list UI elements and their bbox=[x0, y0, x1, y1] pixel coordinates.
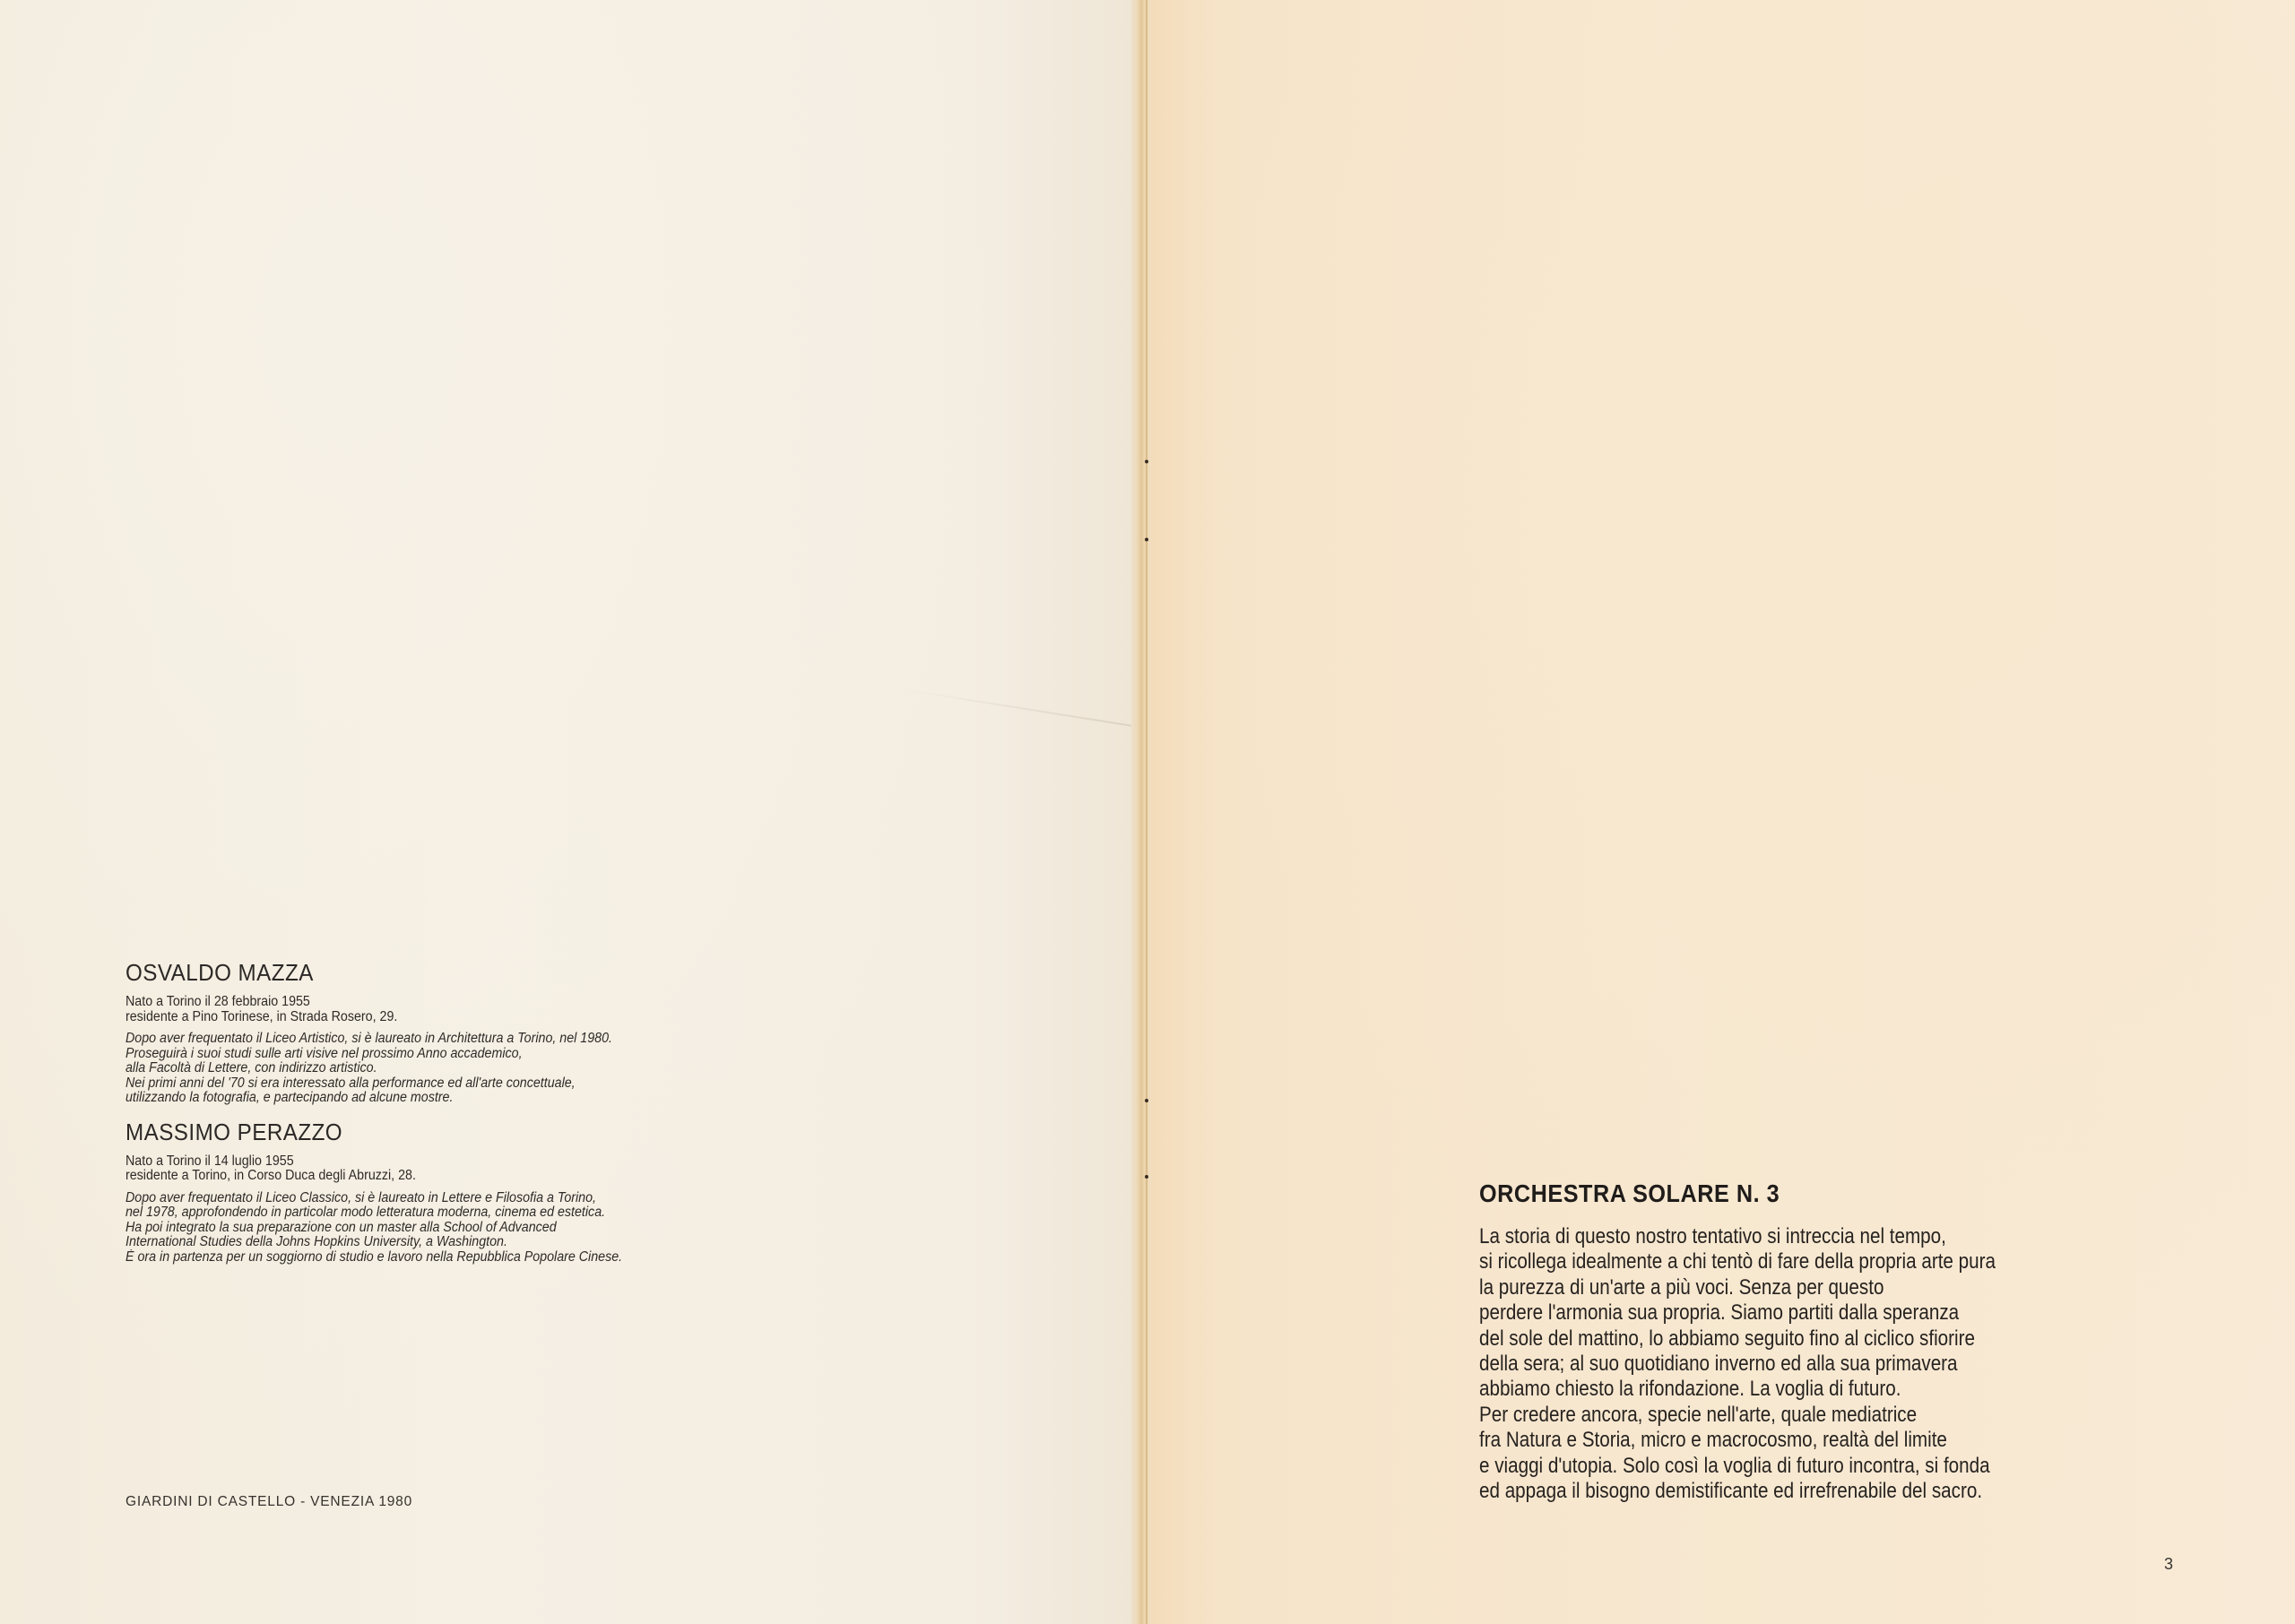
essay-line: abbiamo chiesto la rifondazione. La vogl… bbox=[1479, 1377, 2096, 1402]
left-page: OSVALDO MAZZA Nato a Torino il 28 febbra… bbox=[0, 0, 1137, 1624]
bio-text-line: utilizzando la fotografia, e partecipand… bbox=[126, 1091, 785, 1106]
bio-text-line: Nei primi anni del '70 si era interessat… bbox=[126, 1076, 785, 1092]
essay-line: del sole del mattino, lo abbiamo seguito… bbox=[1479, 1326, 2096, 1352]
staple-icon bbox=[1145, 1099, 1148, 1102]
staple-icon bbox=[1145, 1175, 1148, 1179]
essay-line: ed appaga il bisogno demistificante ed i… bbox=[1479, 1479, 2096, 1504]
essay-line: la purezza di un'arte a più voci. Senza … bbox=[1479, 1275, 2096, 1300]
bio-text-line: alla Facoltà di Lettere, con indirizzo a… bbox=[126, 1061, 785, 1076]
essay-line: si ricollega idealmente a chi tentò di f… bbox=[1479, 1249, 2096, 1274]
essay-line: fra Natura e Storia, micro e macrocosmo,… bbox=[1479, 1428, 2096, 1453]
bio-text-line: È ora in partenza per un soggiorno di st… bbox=[126, 1250, 785, 1266]
bio-osvaldo-mazza: OSVALDO MAZZA Nato a Torino il 28 febbra… bbox=[126, 959, 843, 1106]
essay-line: Per credere ancora, specie nell'arte, qu… bbox=[1479, 1403, 2096, 1428]
essay-title: ORCHESTRA SOLARE N. 3 bbox=[1479, 1179, 2125, 1208]
bio-text-line: Dopo aver frequentato il Liceo Classico,… bbox=[126, 1191, 785, 1206]
book-spine bbox=[1131, 0, 1151, 1624]
bio-name: MASSIMO PERAZZO bbox=[126, 1119, 792, 1145]
essay-line: perdere l'armonia sua propria. Siamo par… bbox=[1479, 1300, 2096, 1326]
page-number: 3 bbox=[2164, 1555, 2173, 1574]
bio-text-line: Ha poi integrato la sua preparazione con… bbox=[126, 1221, 785, 1236]
bio-massimo-perazzo: MASSIMO PERAZZO Nato a Torino il 14 lugl… bbox=[126, 1119, 843, 1266]
venue-credit: GIARDINI DI CASTELLO - VENEZIA 1980 bbox=[126, 1494, 412, 1510]
paper-crease bbox=[899, 688, 1139, 728]
staple-icon bbox=[1145, 460, 1148, 463]
bio-text-line: Dopo aver frequentato il Liceo Artistico… bbox=[126, 1032, 785, 1047]
spine-fold-line bbox=[1146, 0, 1147, 1624]
bio-detail-line: Nato a Torino il 14 luglio 1955 bbox=[126, 1154, 785, 1170]
staple-icon bbox=[1145, 538, 1148, 541]
bio-detail-line: residente a Pino Torinese, in Strada Ros… bbox=[126, 1010, 785, 1025]
bio-name: OSVALDO MAZZA bbox=[126, 959, 792, 986]
essay-line: La storia di questo nostro tentativo si … bbox=[1479, 1224, 2096, 1249]
bio-detail-line: residente a Torino, in Corso Duca degli … bbox=[126, 1169, 785, 1184]
essay: ORCHESTRA SOLARE N. 3 La storia di quest… bbox=[1479, 1179, 2196, 1504]
essay-line: e viaggi d'utopia. Solo così la voglia d… bbox=[1479, 1454, 2096, 1479]
essay-line: della sera; al suo quotidiano inverno ed… bbox=[1479, 1352, 2096, 1377]
artist-bios: OSVALDO MAZZA Nato a Torino il 28 febbra… bbox=[126, 959, 843, 1277]
bio-text-line: International Studies della Johns Hopkin… bbox=[126, 1235, 785, 1250]
bio-detail-line: Nato a Torino il 28 febbraio 1955 bbox=[126, 995, 785, 1010]
bio-text-line: nel 1978, approfondendo in particolar mo… bbox=[126, 1205, 785, 1221]
bio-text-line: Proseguirà i suoi studi sulle arti visiv… bbox=[126, 1047, 785, 1062]
